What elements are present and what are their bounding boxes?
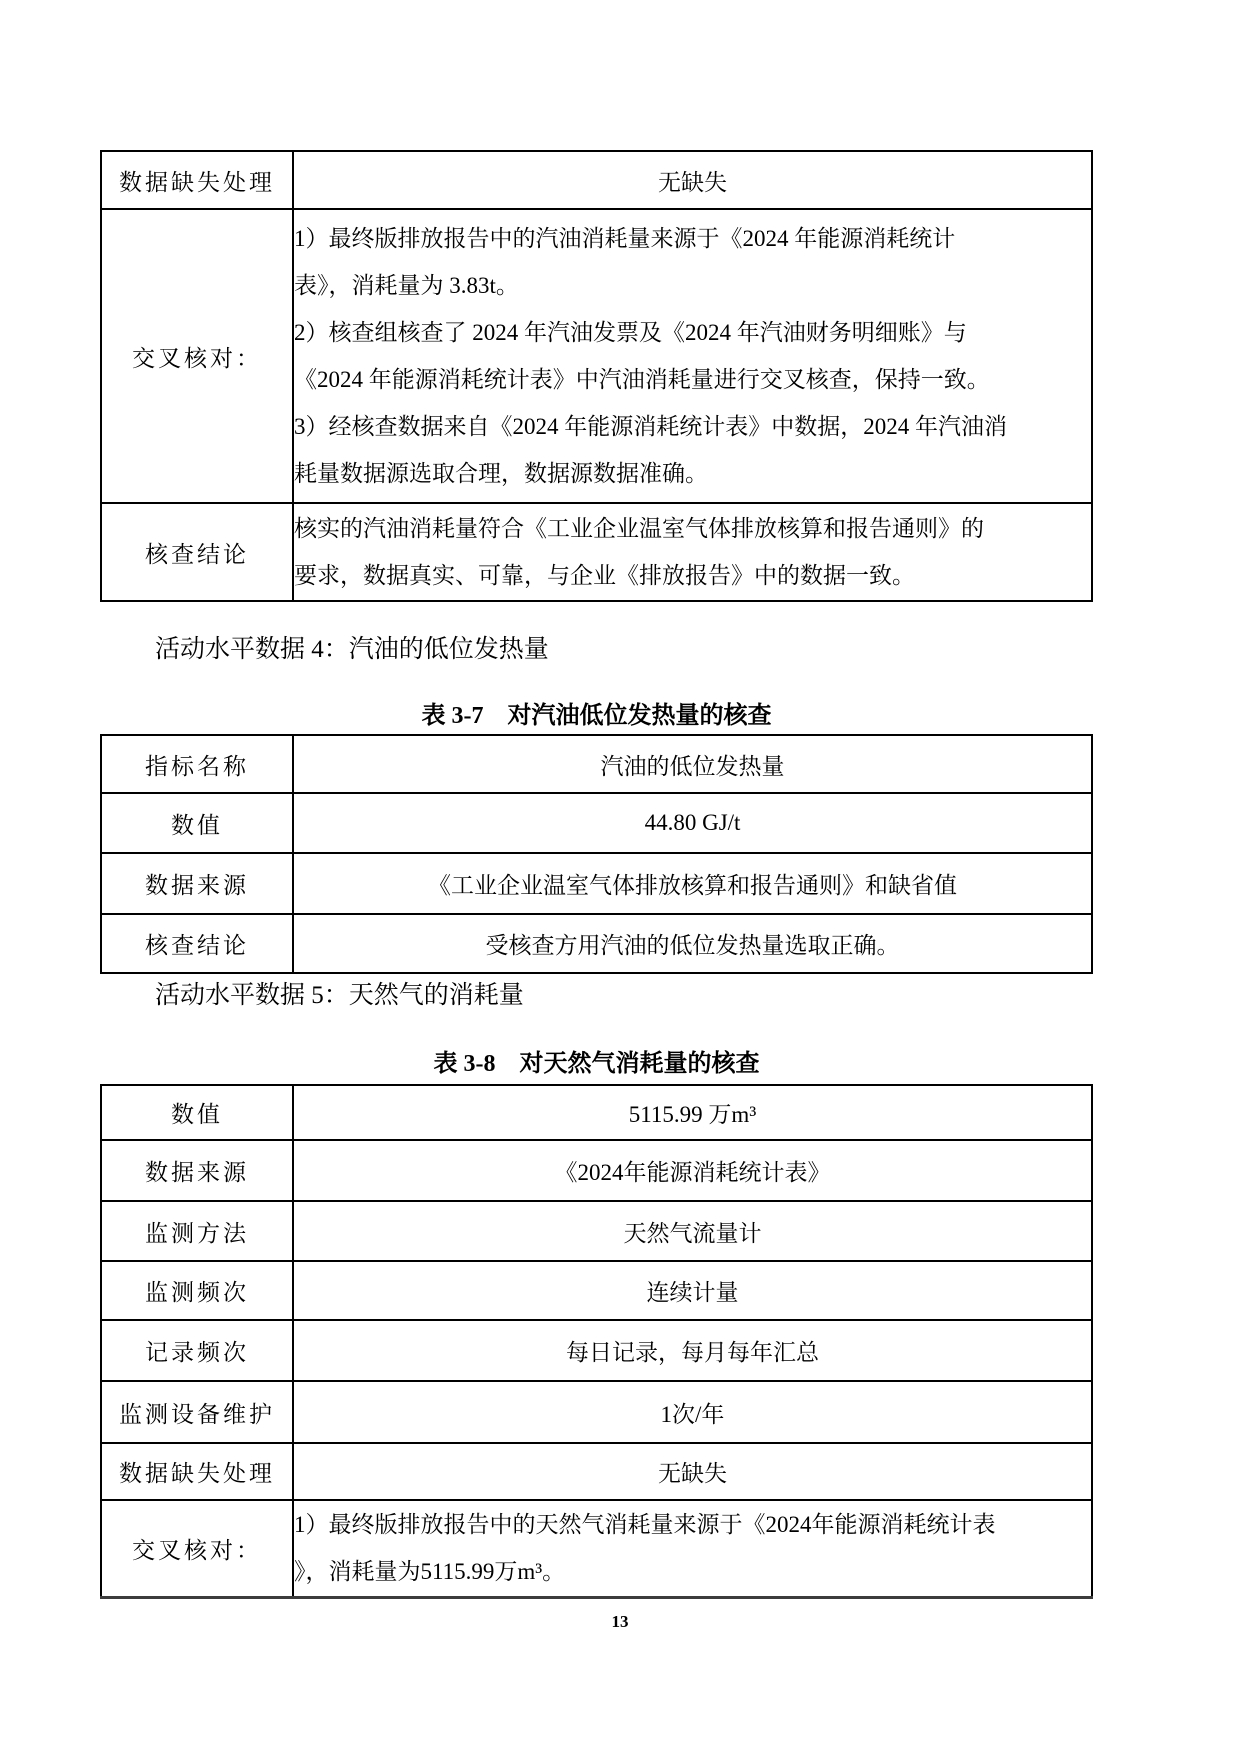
section-heading-activity-data-4: 活动水平数据 4：汽油的低位发热量 (100, 635, 1093, 665)
table-row: 数据来源 《工业企业温室气体排放核算和报告通则》和缺省值 (101, 853, 1092, 914)
page-content: 数据缺失处理 无缺失 交叉核对： 1）最终版排放报告中的汽油消耗量来源于《202… (100, 0, 1093, 1599)
table-row: 监测方法 天然气流量计 (101, 1201, 1092, 1261)
table-row: 交叉核对： 1）最终版排放报告中的天然气消耗量来源于《2024年能源消耗统计表 … (101, 1500, 1092, 1597)
row-value: 44.80 GJ/t (293, 793, 1092, 853)
row-label: 数据缺失处理 (101, 151, 293, 209)
table-caption-3-7: 表 3-7 对汽油低位发热量的核查 (100, 701, 1093, 731)
row-value: 无缺失 (293, 151, 1092, 209)
row-value: 《工业企业温室气体排放核算和报告通则》和缺省值 (293, 853, 1092, 914)
table-row: 数据缺失处理 无缺失 (101, 151, 1092, 209)
row-label: 核查结论 (101, 914, 293, 973)
row-label: 监测方法 (101, 1201, 293, 1261)
table-row: 数据缺失处理 无缺失 (101, 1443, 1092, 1500)
page-number: 13 (0, 1612, 1240, 1632)
row-value: 《2024年能源消耗统计表》 (293, 1140, 1092, 1201)
row-value: 受核查方用汽油的低位发热量选取正确。 (293, 914, 1092, 973)
table-row: 数据来源 《2024年能源消耗统计表》 (101, 1140, 1092, 1201)
row-label: 监测设备维护 (101, 1381, 293, 1443)
table-row: 交叉核对： 1）最终版排放报告中的汽油消耗量来源于《2024 年能源消耗统计 表… (101, 209, 1092, 503)
row-value: 核实的汽油消耗量符合《工业企业温室气体排放核算和报告通则》的 要求，数据真实、可… (293, 503, 1092, 601)
natural-gas-verification-table: 数值 5115.99 万m³ 数据来源 《2024年能源消耗统计表》 监测方法 … (100, 1084, 1093, 1599)
table-row: 监测频次 连续计量 (101, 1261, 1092, 1320)
row-value: 1）最终版排放报告中的汽油消耗量来源于《2024 年能源消耗统计 表》，消耗量为… (293, 209, 1092, 503)
row-label: 监测频次 (101, 1261, 293, 1320)
row-value: 连续计量 (293, 1261, 1092, 1320)
row-label: 数值 (101, 793, 293, 853)
row-label: 核查结论 (101, 503, 293, 601)
row-value: 5115.99 万m³ (293, 1085, 1092, 1140)
row-label: 数据来源 (101, 853, 293, 914)
table-row: 数值 5115.99 万m³ (101, 1085, 1092, 1140)
row-label: 交叉核对： (101, 1500, 293, 1597)
section-heading-activity-data-5: 活动水平数据 5：天然气的消耗量 (100, 981, 1093, 1011)
row-label: 数据缺失处理 (101, 1443, 293, 1500)
row-value: 1次/年 (293, 1381, 1092, 1443)
row-label: 数值 (101, 1085, 293, 1140)
table-row: 监测设备维护 1次/年 (101, 1381, 1092, 1443)
document-page: 数据缺失处理 无缺失 交叉核对： 1）最终版排放报告中的汽油消耗量来源于《202… (0, 0, 1240, 1754)
gasoline-ncv-verification-table: 指标名称 汽油的低位发热量 数值 44.80 GJ/t 数据来源 《工业企业温室… (100, 734, 1093, 974)
table-caption-3-8: 表 3-8 对天然气消耗量的核查 (100, 1049, 1093, 1079)
row-label: 交叉核对： (101, 209, 293, 503)
row-label: 指标名称 (101, 735, 293, 793)
row-label: 数据来源 (101, 1140, 293, 1201)
row-value: 1）最终版排放报告中的天然气消耗量来源于《2024年能源消耗统计表 》，消耗量为… (293, 1500, 1092, 1597)
row-value: 天然气流量计 (293, 1201, 1092, 1261)
row-value: 无缺失 (293, 1443, 1092, 1500)
table-row: 记录频次 每日记录，每月每年汇总 (101, 1320, 1092, 1381)
gasoline-verification-table-continued: 数据缺失处理 无缺失 交叉核对： 1）最终版排放报告中的汽油消耗量来源于《202… (100, 150, 1093, 602)
table-row: 指标名称 汽油的低位发热量 (101, 735, 1092, 793)
row-label: 记录频次 (101, 1320, 293, 1381)
table-row: 核查结论 核实的汽油消耗量符合《工业企业温室气体排放核算和报告通则》的 要求，数… (101, 503, 1092, 601)
row-value: 汽油的低位发热量 (293, 735, 1092, 793)
table-row: 数值 44.80 GJ/t (101, 793, 1092, 853)
row-value: 每日记录，每月每年汇总 (293, 1320, 1092, 1381)
table-row: 核查结论 受核查方用汽油的低位发热量选取正确。 (101, 914, 1092, 973)
